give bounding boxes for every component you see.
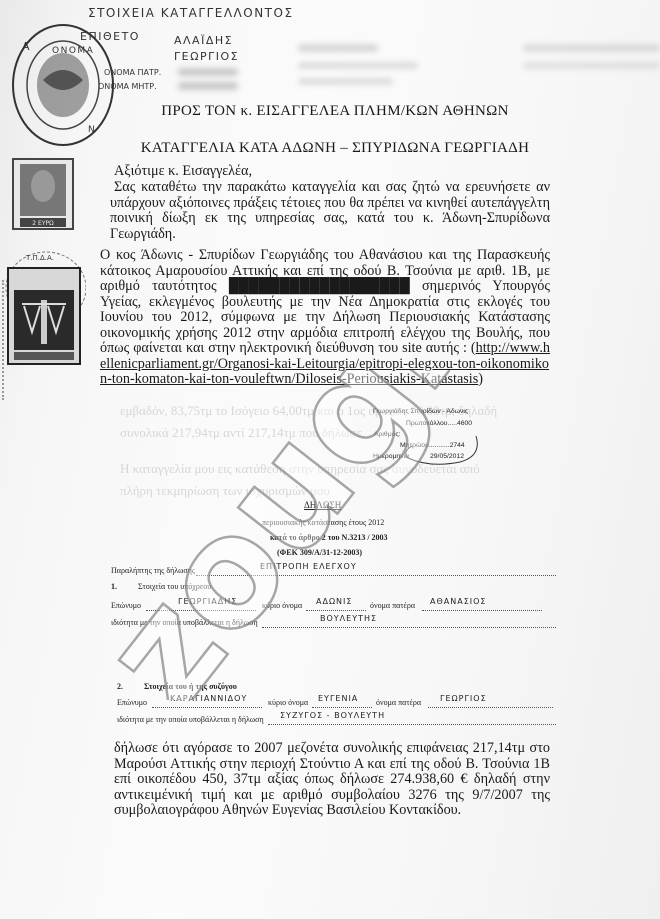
section1-firstname-line (306, 610, 366, 611)
show-through-text: εμβαδόν, 83,75τμ το Ισόγειο 64,00τμ και … (120, 400, 640, 502)
section1-surname-label: Επώνυμο (111, 601, 141, 610)
declaration-article: κατά το άρθρο 2 του Ν.3213 / 2003 (270, 533, 388, 542)
section2-surname-line (152, 707, 262, 708)
section1-number: 1. (111, 582, 117, 591)
section2-capacity-line (268, 724, 556, 725)
addressee-heading: ΠΡΟΣ ΤΟΝ κ. ΕΙΣΑΓΓΕΛΕΑ ΠΛΗΜ/ΚΩΝ ΑΘΗΝΩΝ (100, 103, 570, 120)
section1-father-value: ΑΘΑΝΑΣΙΟΣ (430, 597, 486, 606)
redacted-block (523, 44, 660, 52)
document-title: ΚΑΤΑΓΓΕΛΙΑ ΚΑΤΑ ΑΔΩΝΗ – ΣΠΥΡΙΔΩΝΑ ΓΕΩΡΓΙ… (100, 140, 570, 157)
section2-father-value: ΓΕΩΡΓΙΟΣ (440, 694, 487, 703)
section1-title: Στοιχεία του υπόχρεου (138, 582, 211, 591)
section2-number: 2. (117, 682, 123, 691)
redacted-block (178, 68, 238, 76)
punch-mark (2, 280, 8, 400)
section2-surname-label: Επώνυμο (117, 698, 147, 707)
svg-text:2 ΕΥΡΩ: 2 ΕΥΡΩ (32, 220, 54, 227)
section1-capacity-label: ιδιότητα με την οποία υποβάλλεται η δήλω… (111, 618, 258, 627)
redacted-block (298, 62, 418, 69)
body-paragraph: Ο κος Άδωνις - Σπυρίδων Γεωργιάδης του Α… (100, 248, 550, 388)
section2-capacity-value: ΣΥΖΥΓΟΣ - ΒΟΥΛΕΥΤΗ (280, 711, 385, 720)
handwritten-circle-mark (400, 432, 482, 482)
redacted-block (298, 78, 393, 85)
revenue-stamp: 2 ΕΥΡΩ (12, 158, 74, 230)
bar-association-stamp: Τ.Π.Δ.Α. (4, 248, 86, 368)
salutation: Αξιότιμε κ. Εισαγγελέα, (114, 164, 550, 180)
recipient-label: Παραλήπτης της δήλωσης (111, 566, 195, 575)
closing-paragraph: δήλωσε ότι αγόρασε το 2007 μεζονέτα συνο… (114, 741, 550, 819)
recipient-line (196, 575, 556, 576)
registry-number-label: Αριθμός: (374, 431, 401, 438)
section2-firstname-value: ΕΥΓΕΝΙΑ (318, 694, 358, 703)
section2-title: Στοιχεία του ή της συζύγου (144, 682, 237, 691)
section2-surname-value: ΚΑΡΑΓΙΑΝΝΙΔΟΥ (170, 694, 247, 703)
section2-father-line (428, 707, 553, 708)
intro-paragraph: Σας καταθέτω την παρακάτω καταγγελία και… (110, 180, 550, 242)
closing-text: δήλωσε ότι αγόρασε το 2007 μεζονέτα συνο… (114, 741, 550, 819)
redacted-block (523, 62, 660, 69)
section2-capacity-label: ιδιότητα με την οποία υποβάλλεται η δήλω… (117, 715, 264, 724)
section1-surname-line (146, 610, 256, 611)
intro-text: Σας καταθέτω την παρακάτω καταγγελία και… (110, 180, 550, 242)
section1-capacity-value: ΒΟΥΛΕΥΤΗΣ (320, 614, 377, 623)
section1-capacity-line (262, 627, 556, 628)
svg-text:Τ.Π.Δ.Α.: Τ.Π.Δ.Α. (25, 254, 54, 262)
section1-firstname-label: κύριο όνομα (262, 601, 302, 610)
circular-seal-stamp: Α Ν (8, 20, 118, 150)
declaration-gazette: (ΦΕΚ 309/Α/31-12-2003) (277, 548, 362, 557)
handwritten-title: ΣΤΟΙΧΕΙΑ ΚΑΤΑΓΓΕΛΛΟΝΤΟΣ (88, 6, 294, 20)
recipient-value: ΕΠΙΤΡΟΠΗ ΕΛΕΓΧΟΥ (260, 562, 357, 571)
section2-father-label: όνομα πατέρα (376, 698, 421, 707)
declaration-title: ΔΗΛΩΣΗ (304, 500, 341, 510)
section1-firstname-value: ΑΔΩΝΙΣ (316, 597, 352, 606)
section2-firstname-line (312, 707, 372, 708)
scanned-document-page: εμβαδόν, 83,75τμ το Ισόγειο 64,00τμ και … (0, 0, 660, 919)
redacted-block (178, 82, 238, 90)
section1-father-label: όνομα πατέρα (370, 601, 415, 610)
registry-protocol: Πρωτοκόλλου.....4600 (406, 420, 472, 427)
handwritten-surname-value: ΑΛΑΪΔΗΣ (174, 34, 233, 47)
section2-firstname-label: κύριο όνομα (268, 698, 308, 707)
redacted-block (298, 44, 378, 52)
svg-text:Ν: Ν (88, 125, 95, 135)
svg-text:Α: Α (22, 40, 30, 53)
declaration-subtitle: περιουσιακής κατάστασης έτους 2012 (262, 518, 384, 527)
registry-name: Γεωργιάδης Σπυρίδων - Άδωνις (373, 408, 468, 415)
body-text-end: ) (478, 371, 483, 387)
section1-surname-value: ΓΕΩΡΓΙΑΔΗΣ (178, 597, 237, 606)
handwritten-firstname-value: ΓΕΩΡΓΙΟΣ (174, 50, 239, 63)
section1-father-line (422, 610, 542, 611)
